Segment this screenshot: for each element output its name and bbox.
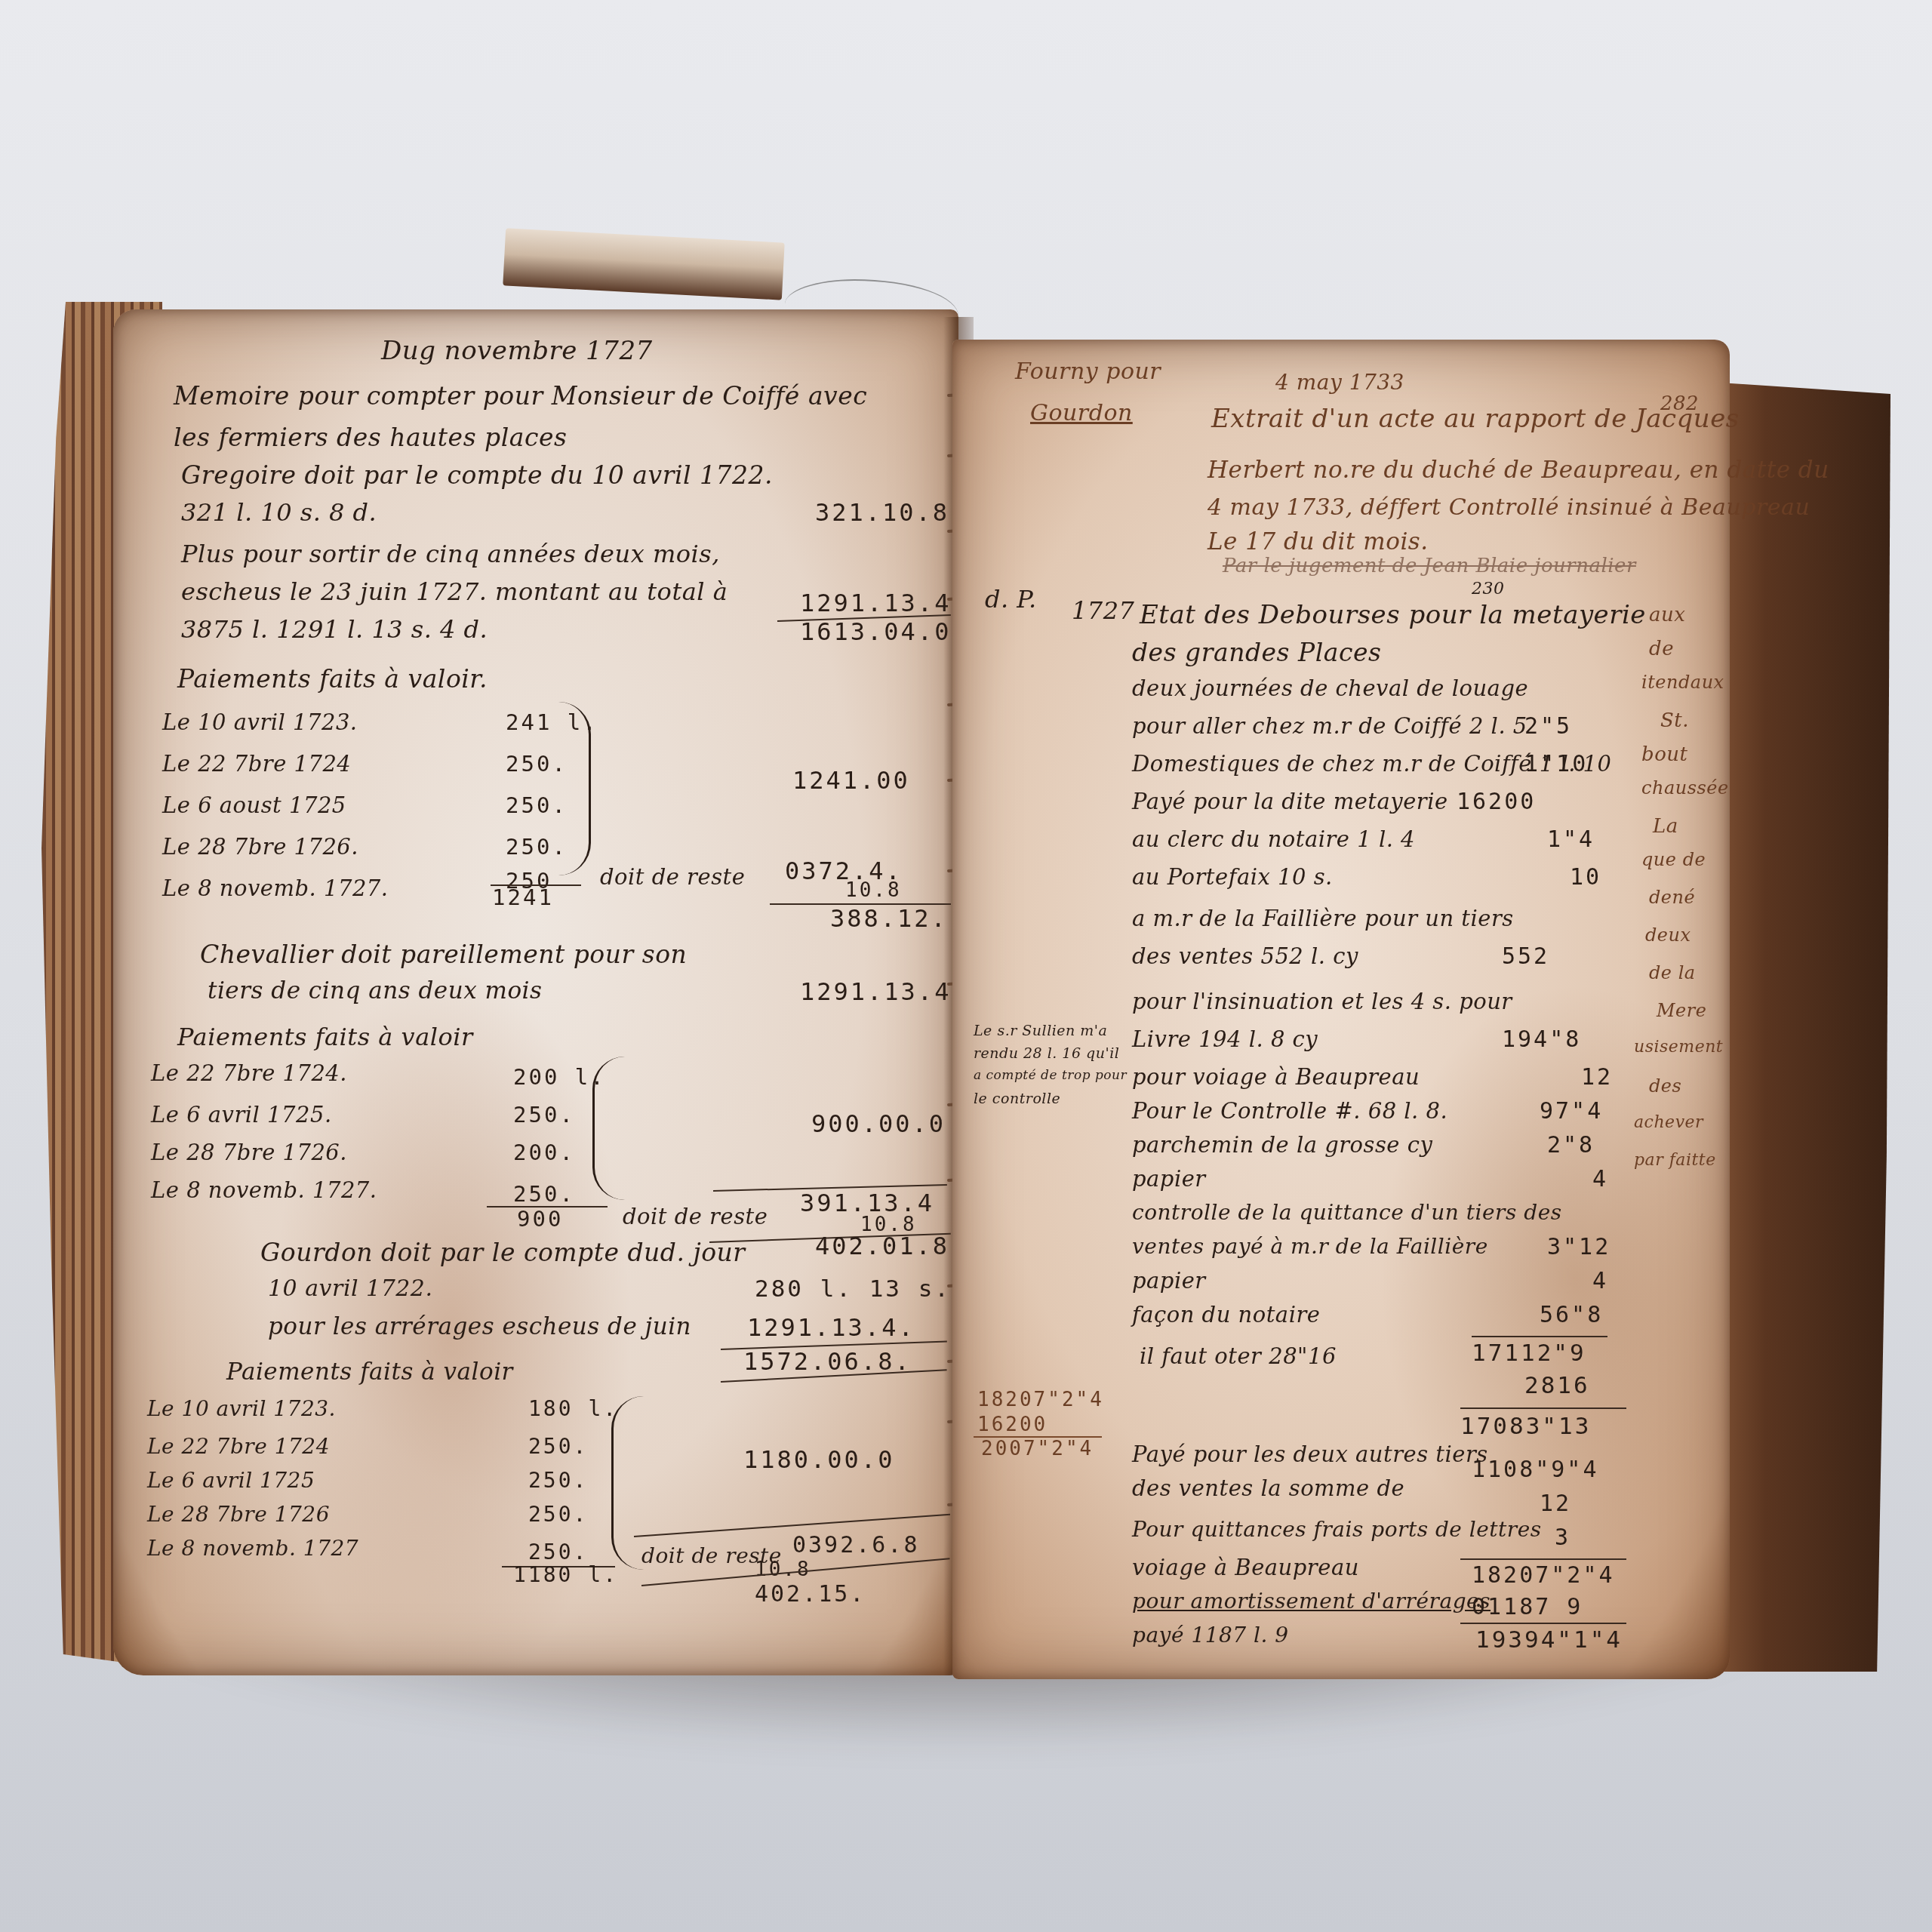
section1-line: 3875 l. 1291 l. 13 s. 4 d. [181, 615, 488, 644]
payments3-sum: 1180 l. [513, 1562, 618, 1587]
sum-rule [1460, 1407, 1626, 1409]
payment-date: Le 10 avril 1723. [147, 1396, 336, 1421]
ledger-title: Etat des Debourses pour la metayerie [1140, 600, 1646, 630]
side-calc: 16200 [977, 1414, 1048, 1436]
payment-brace [611, 1396, 644, 1570]
payment-amount: 200. [513, 1140, 575, 1165]
payments1-sum: 1241 [492, 884, 554, 910]
payments2-bracket-total: 900.00.0 [811, 1109, 946, 1138]
payment-date: Le 22 7bre 1724. [151, 1060, 347, 1086]
ledger-entry: Payé pour les deux autres tiers [1132, 1441, 1488, 1467]
section1-line: 321 l. 10 s. 8 d. [181, 498, 377, 527]
margin-fragment: La [1653, 815, 1678, 838]
payment-date: Le 8 novemb. 1727. [162, 875, 389, 901]
payments1-adjust: 10.8 [845, 879, 902, 902]
section3-line: pour les arrérages escheus de juin [268, 1313, 691, 1340]
margin-fragment: deux [1645, 924, 1691, 946]
payment-amount: 250. [528, 1540, 588, 1564]
margin-fragment: dené [1649, 887, 1695, 908]
payment-amount: 250. [528, 1502, 588, 1527]
ledger-amount: 194"8 [1502, 1026, 1581, 1053]
payments3-title: Paiements faits à valoir [226, 1358, 513, 1386]
margin-fragment: par faitte [1634, 1151, 1716, 1170]
ledger-entry: des ventes 552 l. cy [1132, 943, 1358, 969]
struck-line: Par le jugement de Jean Blaie journalier [1223, 555, 1636, 577]
ledger-amount: 10 [1570, 864, 1601, 891]
ledger-amount: 4 [1592, 1268, 1608, 1294]
margin-fragment: aux [1649, 604, 1685, 626]
payment-date: Le 28 7bre 1726 [147, 1502, 330, 1527]
ledger-entry: pour l'insinuation et les 4 s. pour [1132, 989, 1512, 1014]
deduction: 2816 [1524, 1372, 1590, 1399]
section1-line: escheus le 23 juin 1727. montant au tota… [181, 577, 728, 606]
payments3-adjust: 10.8 [755, 1558, 811, 1581]
ledger-year: 1727 [1072, 596, 1134, 625]
extract-line: Le 17 du dit mois. [1207, 528, 1429, 555]
ledger-amount: 3 [1555, 1524, 1571, 1551]
margin-fragment: Mere [1657, 1000, 1706, 1021]
ledger-amount: 1"10 [1524, 751, 1588, 777]
payment-date: Le 28 7bre 1726. [162, 834, 358, 860]
payments1-bracket-total: 1241.00 [792, 766, 910, 795]
ledger-entry: au clerc du notaire 1 l. 4 [1132, 826, 1415, 852]
ledger-entry: voiage à Beaupreau [1132, 1555, 1359, 1580]
ledger-amount: 4 [1592, 1166, 1608, 1192]
section2-line: tiers de cinq ans deux mois [208, 977, 542, 1004]
side-note: le controlle [974, 1091, 1060, 1107]
ledger-amount: 1108"9"4 [1472, 1457, 1599, 1483]
section3-line: Gourdon doit par le compte dud. jour [260, 1238, 746, 1267]
ledger-amount: 97"4 [1540, 1098, 1603, 1124]
ledger-amount: 2"8 [1547, 1132, 1595, 1158]
payment-amount: 250. [528, 1468, 588, 1493]
payment-date: Le 22 7bre 1724 [147, 1434, 330, 1459]
sum-rule [1460, 1558, 1626, 1560]
amortissement-line: payé 1187 l. 9 [1132, 1623, 1289, 1647]
payment-brace [558, 702, 591, 875]
payments3-remainder: 0392.6.8 [792, 1532, 920, 1558]
payments3-bracket-total: 1180.00.0 [743, 1445, 894, 1474]
margin-fragment: de la [1649, 962, 1696, 983]
ledger-entry: Pour quittances frais ports de lettres [1132, 1517, 1542, 1542]
ledger-entry: papier [1132, 1268, 1206, 1294]
payment-date: Le 6 aoust 1725 [162, 792, 346, 818]
payments1-final: 388.12. [830, 904, 948, 933]
margin-fragment: usisement [1634, 1038, 1723, 1057]
ledger-amount: 552 [1502, 943, 1549, 970]
section1-line: Gregoire doit par le compte du 10 avril … [181, 460, 773, 490]
side-note: a compté de trop pour [974, 1068, 1127, 1083]
amortissement-line: pour amortissement d'arrérages [1132, 1589, 1491, 1614]
ledger-entry: pour voiage à Beaupreau [1132, 1064, 1420, 1090]
margin-fragment: St. [1660, 709, 1689, 732]
payment-brace [592, 1057, 625, 1200]
ledger-entry: papier [1132, 1166, 1206, 1192]
payment-date: Le 6 avril 1725. [151, 1102, 332, 1128]
side-note: Le s.r Sullien m'a [974, 1023, 1107, 1039]
margin-note-top: Fourny pour [1015, 358, 1161, 385]
ledger-amount: 16200 [1457, 789, 1536, 815]
payment-date: Le 22 7bre 1724 [162, 751, 351, 777]
margin-fragment: de [1649, 638, 1674, 660]
ledger-entry: pour aller chez m.r de Coiffé 2 l. 5 [1132, 713, 1527, 739]
sum-rule [1460, 1623, 1626, 1624]
deduct-label: il faut oter 28"16 [1140, 1343, 1337, 1369]
payments2-title: Paiements faits à valoir [177, 1023, 473, 1051]
ledger-entry: façon du notaire [1132, 1302, 1320, 1327]
subtotal: 17112"9 [1472, 1340, 1586, 1367]
payment-date: Le 10 avril 1723. [162, 709, 358, 735]
ledger-entry: ventes payé à m.r de la Faillière [1132, 1234, 1488, 1259]
ledger-amount: 2"5 [1524, 713, 1572, 740]
section3-total: 1572.06.8. [743, 1347, 912, 1376]
intro-line-1: Memoire pour compter pour Monsieur de Co… [174, 381, 867, 411]
payments2-sum: 900 [517, 1206, 563, 1232]
payment-amount: 250. [513, 1181, 575, 1207]
grand-total: 19394"1"4 [1475, 1626, 1623, 1654]
ledger-amount: 12 [1581, 1064, 1613, 1091]
section3-amount: 1291.13.4. [747, 1313, 915, 1342]
ledger-entry: parchemin de la grosse cy [1132, 1132, 1432, 1158]
payment-amount: 250. [513, 1102, 575, 1128]
open-ledger-book: Dug novembre 1727 Memoire pour compter p… [0, 0, 1932, 1932]
remainder-label: doit de reste [623, 1204, 768, 1229]
extract-date: 4 may 1733 [1275, 370, 1404, 395]
section3-line: 10 avril 1722. [268, 1275, 433, 1302]
side-note: rendu 28 l. 16 qu'il [974, 1045, 1119, 1062]
side-calc: 2007"2"4 [981, 1438, 1094, 1460]
margin-fragment: chaussée [1641, 777, 1729, 798]
payments1-title: Paiements faits à valoir. [177, 664, 488, 694]
ledger-entry: des ventes la somme de [1132, 1475, 1404, 1501]
total-1: 18207"2"4 [1472, 1562, 1615, 1589]
margin-mark: d. P. [985, 585, 1037, 614]
extract-line: 4 may 1733, déffert Controllé insinué à … [1207, 494, 1810, 521]
paper-bookmark [503, 228, 784, 300]
remainder-label: doit de reste [600, 864, 745, 890]
payment-date: Le 8 novemb. 1727 [147, 1536, 358, 1561]
payment-amount: 250. [528, 1434, 588, 1459]
section2-line: Chevallier doit pareillement pour son [200, 940, 687, 969]
sum-rule [1472, 1336, 1607, 1337]
ledger-entry: Payé pour la dite metayerie [1132, 789, 1448, 814]
payment-date: Le 8 novemb. 1727. [151, 1177, 377, 1203]
margin-fragment: que de [1641, 849, 1706, 870]
section2-amount: 1291.13.4 [800, 977, 951, 1006]
after-deduction: 17083"13 [1460, 1413, 1591, 1440]
ledger-entry: deux journées de cheval de louage [1132, 675, 1528, 701]
payment-date: Le 28 7bre 1726. [151, 1140, 347, 1165]
ledger-entry: Pour le Controlle #. 68 l. 8. [1132, 1098, 1447, 1124]
margin-fragment: des [1649, 1075, 1681, 1097]
ledger-entry: controlle de la quittance d'un tiers des [1132, 1200, 1562, 1225]
amortissement-amount: 01187 9 [1472, 1594, 1583, 1620]
extract-line: Extrait d'un acte au rapport de Jacques [1211, 404, 1740, 434]
intro-line-2: les fermiers des hautes places [174, 423, 567, 452]
ledger-amount: 12 [1540, 1491, 1571, 1517]
ledger-entry: a m.r de la Faillière pour un tiers [1132, 906, 1514, 931]
payments3-final: 402.15. [755, 1581, 866, 1607]
ledger-amount: 3"12 [1547, 1234, 1611, 1260]
margin-fragment: itendaux [1641, 672, 1724, 693]
section1-total: 1613.04.0 [800, 617, 951, 646]
ledger-amount: 1"4 [1547, 826, 1595, 853]
margin-fragment: bout [1641, 743, 1688, 766]
extract-line: Herbert no.re du duché de Beaupreau, en … [1207, 457, 1829, 484]
section1-line: Plus pour sortir de cinq années deux moi… [181, 540, 720, 568]
margin-fragment: achever [1634, 1113, 1703, 1132]
payment-amount: 180 l. [528, 1396, 618, 1421]
margin-note-gourdon: Gourdon [1030, 400, 1133, 426]
ledger-entry: Livre 194 l. 8 cy [1132, 1026, 1318, 1052]
side-calc: 18207"2"4 [977, 1389, 1104, 1411]
left-page-header: Dug novembre 1727 [381, 336, 653, 366]
ledger-amount: 56"8 [1540, 1302, 1603, 1328]
ledger-entry: au Portefaix 10 s. [1132, 864, 1333, 890]
superscript-number: 230 [1472, 580, 1505, 598]
payment-date: Le 6 avril 1725 [147, 1468, 315, 1493]
ledger-title: des grandes Places [1132, 638, 1381, 667]
payments2-final: 402.01.8 [815, 1232, 949, 1260]
